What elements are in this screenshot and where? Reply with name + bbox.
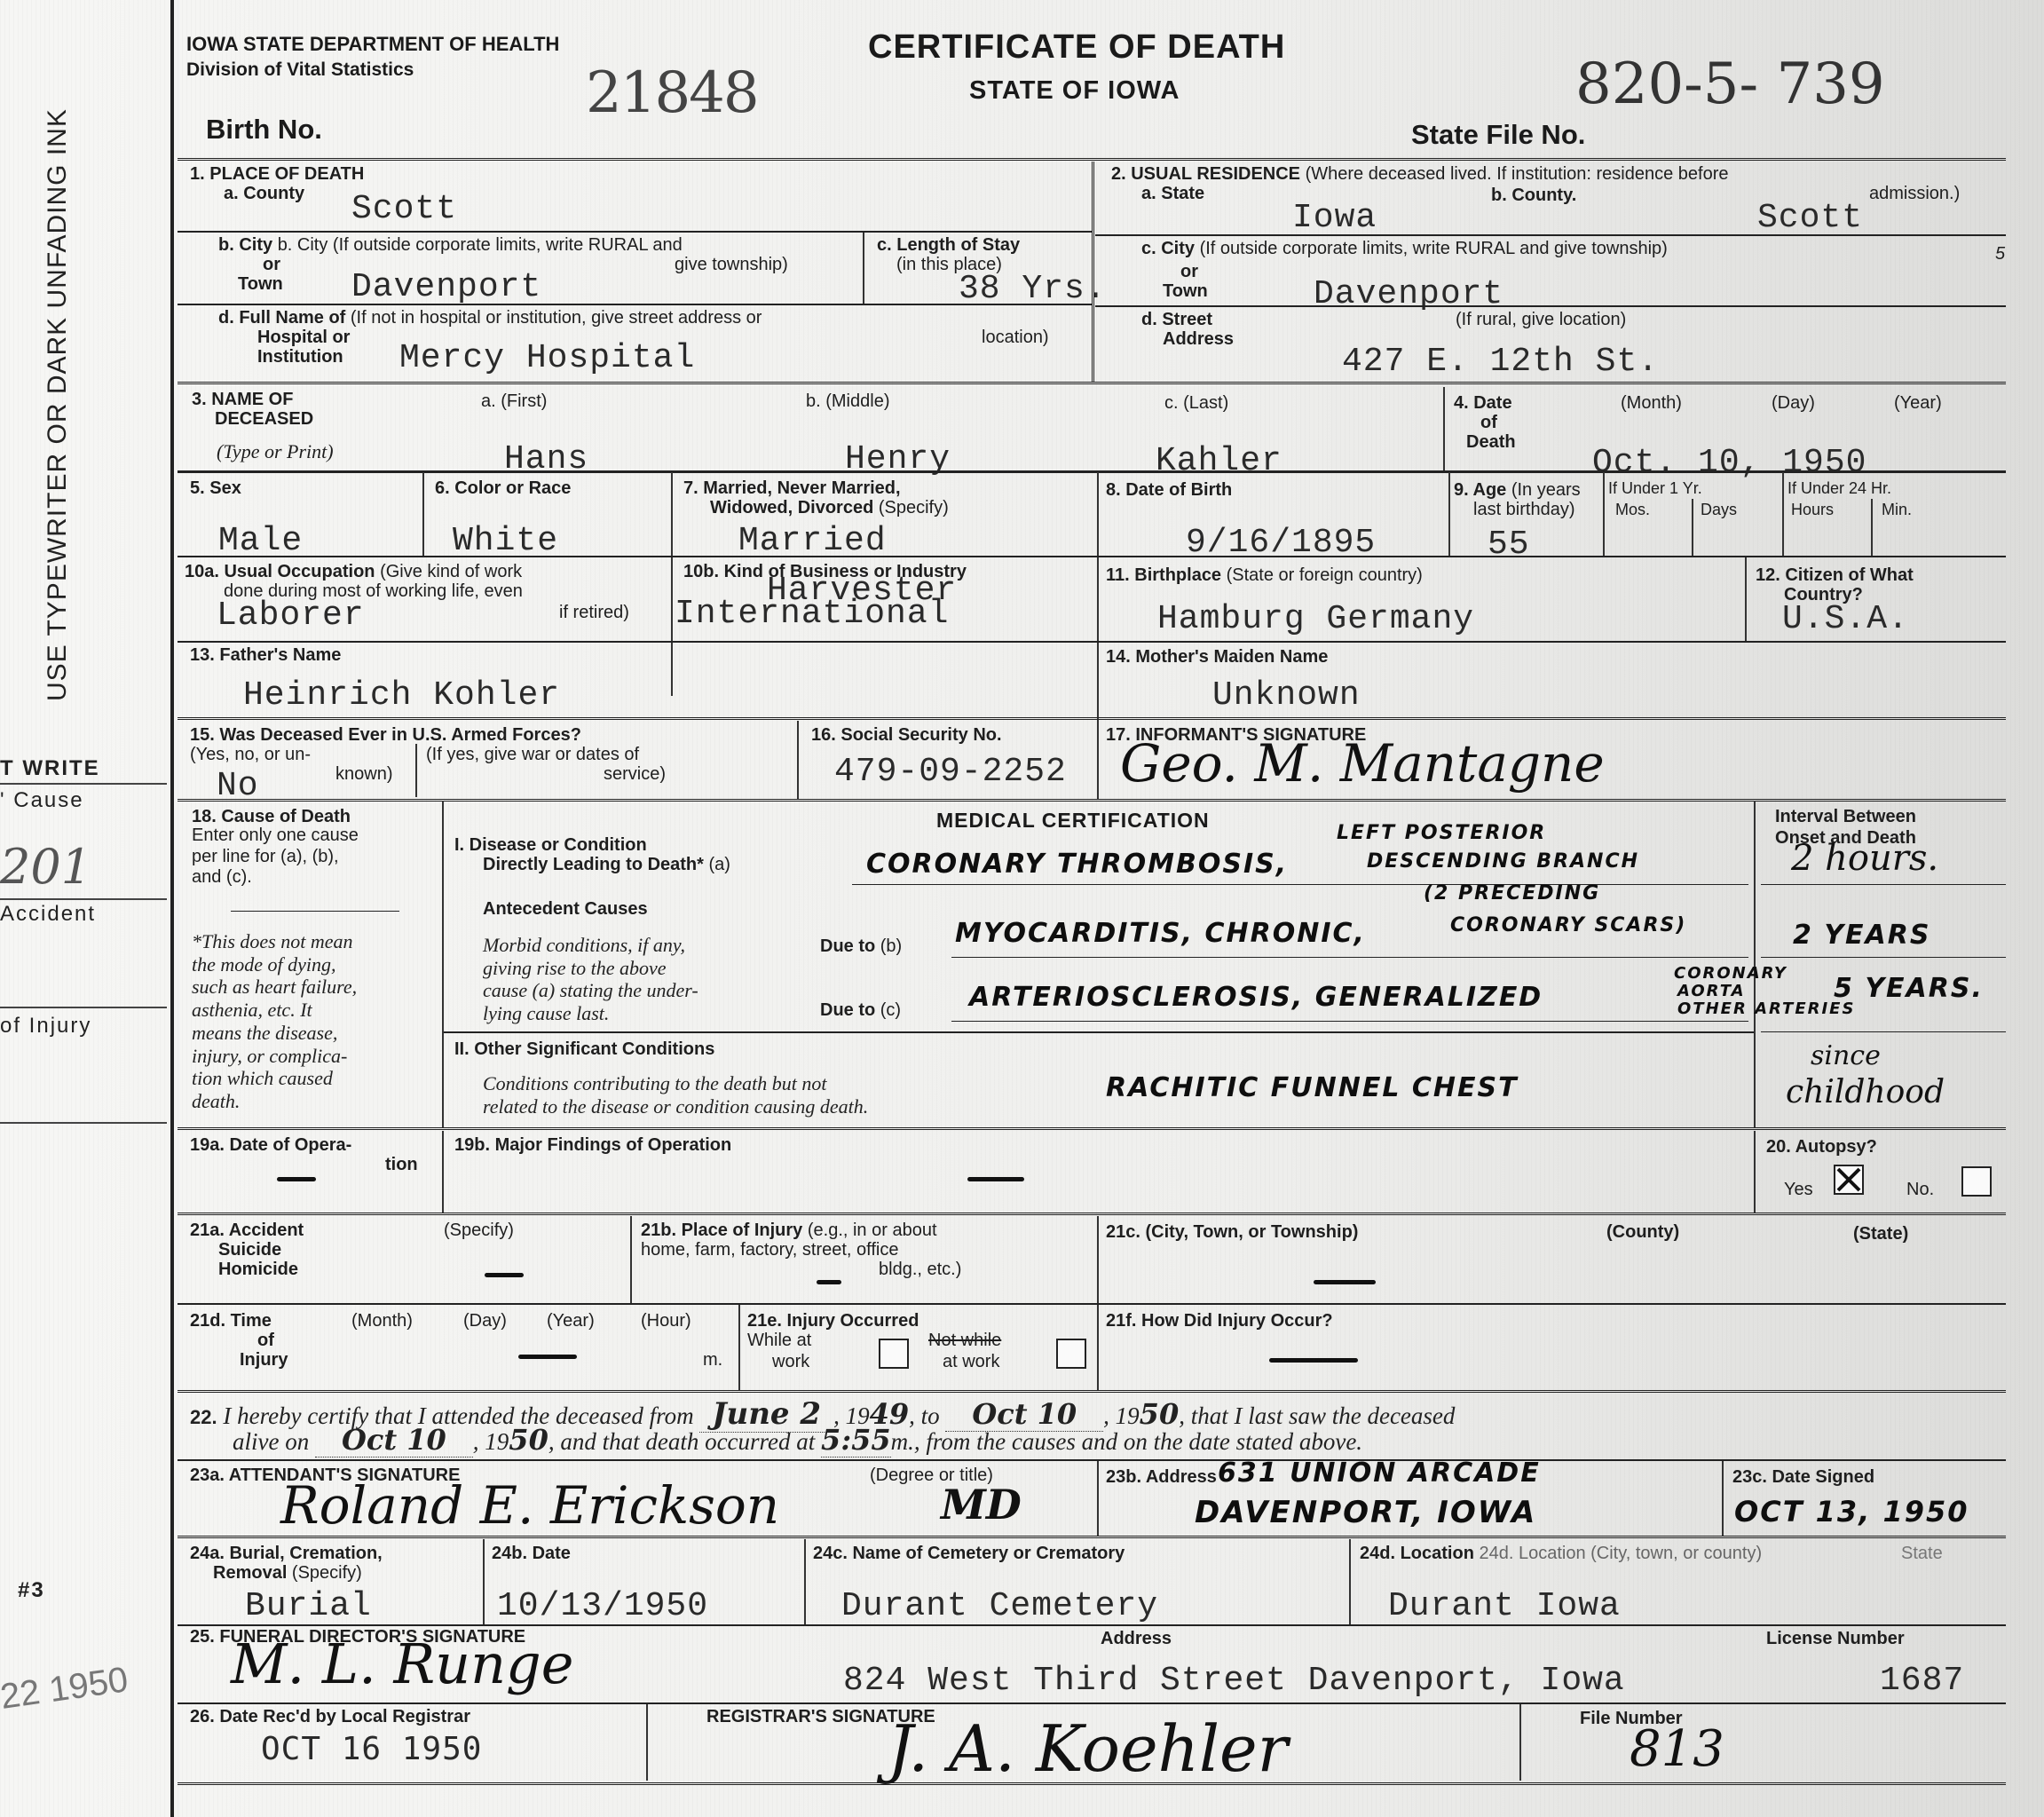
while-at-label: While at: [747, 1330, 811, 1351]
funeral-address: 824 West Third Street Davenport, Iowa: [843, 1662, 1625, 1700]
morbid-text: Morbid conditions, if any, giving rise t…: [483, 934, 698, 1025]
birthplace-label: 11. Birthplace (State or foreign country…: [1106, 565, 1423, 586]
other-interval-1: since: [1811, 1040, 1881, 1071]
institution-label: d. Full Name of (If not in hospital or i…: [218, 307, 762, 328]
burial-location-label: 24d. Location 24d. Location (City, town,…: [1360, 1543, 1762, 1564]
disposition: Burial: [245, 1587, 372, 1625]
sex: Male: [218, 522, 303, 560]
rule: [178, 799, 2006, 805]
other-conditions-text: Conditions contributing to the death but…: [483, 1072, 868, 1118]
divider: [1871, 499, 1873, 556]
injury-state-label: (State): [1853, 1223, 1908, 1244]
rule: [444, 1031, 1754, 1033]
industry-line-2: International: [675, 595, 949, 633]
place-injury-label: 21b. Place of Injury (e.g., in or about: [641, 1220, 937, 1241]
rule: [178, 304, 1092, 305]
marital-label-2: Widowed, Divorced (Specify): [710, 497, 949, 518]
divider: [1603, 472, 1605, 556]
burial-date: 10/13/1950: [497, 1587, 708, 1625]
age-label: 9. Age (In years: [1454, 479, 1581, 501]
death-county: Scott: [351, 190, 457, 228]
divider: [738, 1305, 740, 1390]
antecedent-label: Antecedent Causes: [483, 898, 648, 920]
burial-date-label: 24b. Date: [492, 1543, 571, 1564]
rule: [178, 1213, 2006, 1219]
cause-c-note-1: CORONARY: [1674, 964, 1788, 983]
date-of-death: Oct. 10, 1950: [1592, 444, 1866, 482]
days-label: Days: [1701, 501, 1737, 520]
margin-label-cause: ' Cause: [0, 788, 84, 813]
res-state-label: a. State: [1141, 183, 1204, 204]
cemetery-name: Durant Cemetery: [841, 1587, 1158, 1625]
registrar-date-label: 26. Date Rec'd by Local Registrar: [190, 1706, 470, 1727]
not-while-at-work-checkbox[interactable]: [1056, 1339, 1086, 1369]
injury-time-label-3: Injury: [240, 1349, 288, 1371]
rule: [231, 911, 399, 912]
other-conditions-label: II. Other Significant Conditions: [454, 1039, 714, 1060]
not-while-work-label: at work: [943, 1351, 999, 1372]
cause-c-note-3: OTHER ARTERIES: [1677, 999, 1855, 1018]
citizenship: U.S.A.: [1782, 600, 1909, 638]
burial-state-label: State: [1901, 1543, 1943, 1564]
date-signed: OCT 13, 1950: [1734, 1495, 1969, 1529]
day-label: (Day): [1772, 392, 1815, 414]
homicide-label: Homicide: [218, 1259, 298, 1280]
race-label: 6. Color or Race: [435, 478, 571, 499]
war-label-2: service): [604, 763, 666, 785]
autopsy-yes-label: Yes: [1784, 1179, 1813, 1200]
disposition-label-2: Removal (Specify): [213, 1562, 362, 1584]
race: White: [453, 522, 558, 560]
rule: [1095, 234, 2006, 236]
rule: [1761, 884, 2006, 885]
injury-hour-label: (Hour): [641, 1310, 691, 1331]
margin-handwritten-code: 201: [0, 839, 91, 895]
occupation: Laborer: [217, 596, 365, 635]
file-number: 813: [1630, 1720, 1724, 1778]
rule: [178, 1782, 2006, 1789]
county-label: a. County: [224, 183, 304, 204]
rule: [178, 1459, 2006, 1461]
injury-year-label: (Year): [547, 1310, 595, 1331]
license-label: License Number: [1766, 1628, 1905, 1649]
rule: [178, 1127, 2006, 1134]
rule: [951, 957, 1748, 958]
cause-label: 18. Cause of Death: [192, 806, 351, 827]
margin-stamp: 22 1950: [0, 1660, 130, 1718]
document-title: CERTIFICATE OF DEATH: [868, 28, 1285, 67]
funeral-director-signature: M. L. Runge: [231, 1631, 573, 1696]
type-hint: (Type or Print): [217, 440, 334, 464]
min-label: Min.: [1882, 501, 1912, 520]
injury-time-label: 21d. Time: [190, 1310, 272, 1331]
birthplace: Hamburg Germany: [1157, 600, 1474, 638]
divider: [1722, 1461, 1724, 1536]
cause-a-note-2: DESCENDING BRANCH: [1367, 850, 1639, 873]
divider: [863, 233, 864, 304]
res-city-label: c. City (If outside corporate limits, wr…: [1141, 238, 1668, 259]
age-label-2: last birthday): [1473, 499, 1575, 520]
cause-a-note-1: LEFT POSTERIOR: [1337, 822, 1546, 844]
certificate-form: 1. PLACE OF DEATH a. County Scott b. Cit…: [178, 158, 2006, 1774]
due-b-label: Due to (b): [820, 936, 902, 957]
last-name: Kahler: [1156, 442, 1282, 480]
autopsy-no-label: No.: [1906, 1179, 1934, 1200]
disposition-label: 24a. Burial, Cremation,: [190, 1543, 383, 1564]
rule: [178, 1702, 2006, 1704]
divider: [442, 1131, 444, 1213]
document-subtitle: STATE OF IOWA: [969, 76, 1180, 106]
residence-label: 2. USUAL RESIDENCE (Where deceased lived…: [1111, 163, 1729, 185]
under-24hr-label: If Under 24 Hr.: [1788, 479, 1891, 499]
occupation-label-3: if retired): [559, 602, 629, 623]
cause-a: CORONARY THROMBOSIS,: [866, 849, 1288, 880]
res-street-label-2: Address: [1163, 328, 1234, 350]
last-seen-alive: Oct 10: [315, 1423, 473, 1458]
autopsy-no-checkbox[interactable]: [1961, 1166, 1992, 1197]
attendant-address-2: DAVENPORT, IOWA: [1195, 1495, 1536, 1530]
divider: [671, 472, 673, 696]
divider: [442, 801, 444, 1127]
divider: [1097, 1461, 1099, 1536]
divider: [422, 472, 424, 556]
name-label: 3. NAME OF: [192, 389, 293, 410]
res-margin-mark: 5: [1995, 243, 2005, 265]
attendant-address-1: 631 UNION ARCADE: [1218, 1458, 1541, 1489]
cause-footnote: *This does not mean the mode of dying, s…: [192, 930, 357, 1113]
age: 55: [1488, 525, 1530, 564]
death-date-label: 4. Date: [1454, 392, 1512, 414]
death-date-label-3: Death: [1466, 431, 1516, 453]
not-while-label: Not while: [928, 1330, 1001, 1351]
father-label: 13. Father's Name: [190, 644, 341, 666]
state-file-no-label: State File No.: [1411, 119, 1585, 151]
sex-label: 5. Sex: [190, 478, 241, 499]
divider: [1745, 557, 1747, 641]
left-margin: USE TYPEWRITER OR DARK UNFADING INK T WR…: [0, 0, 174, 1817]
cause-a-interval: 2 hours.: [1791, 838, 1938, 879]
war-label: (If yes, give war or dates of: [426, 744, 639, 765]
rule: [1095, 305, 2006, 307]
cause-b-note-1: (2 PRECEDING: [1424, 882, 1600, 905]
injury-occurred-label: 21e. Injury Occurred: [747, 1310, 919, 1331]
name-label-2: DECEASED: [215, 408, 313, 430]
divider: [804, 1539, 806, 1624]
divider: [1443, 387, 1445, 470]
birth-no-label: Birth No.: [206, 114, 322, 146]
margin-divider: [0, 898, 167, 900]
first-name-label: a. (First): [481, 391, 547, 412]
margin-label-accident: Accident: [0, 902, 96, 927]
operation-date-blank: [277, 1177, 316, 1181]
place-injury-blank: [817, 1280, 841, 1284]
rule: [1761, 957, 2006, 958]
cause-b: MYOCARDITIS, CHRONIC,: [955, 918, 1366, 949]
divider: [415, 744, 417, 797]
divider: [1448, 472, 1450, 556]
rule: [178, 641, 2006, 643]
rule: [178, 717, 2006, 723]
due-c-label: Due to (c): [820, 999, 901, 1021]
res-city: Davenport: [1314, 275, 1503, 313]
divider: [1097, 721, 1099, 799]
margin-label-injury: of Injury: [0, 1014, 91, 1039]
state-file-no-value: 820-5- 739: [1575, 51, 1885, 117]
registrar-signature: J. A. Koehler: [888, 1711, 1288, 1786]
res-street-label: d. Street: [1141, 309, 1212, 330]
rule: [178, 470, 2006, 473]
injury-county-label: (County): [1606, 1221, 1679, 1243]
birth-no-value: 21848: [586, 60, 758, 126]
res-state: Iowa: [1292, 199, 1377, 237]
yn-label: (Yes, no, or un-: [190, 744, 311, 765]
margin-divider: [0, 783, 167, 785]
res-or-label: or: [1180, 261, 1198, 282]
divider: [1349, 1539, 1351, 1624]
cause-c-interval: 5 YEARS.: [1834, 973, 1984, 1004]
medical-certification-title: MEDICAL CERTIFICATION: [936, 809, 1210, 833]
divider: [1754, 1131, 1756, 1213]
rule: [178, 1536, 2006, 1542]
divider: [646, 1704, 648, 1781]
cause-c: ARTERIOSCLEROSIS, GENERALIZED: [969, 982, 1543, 1013]
findings-blank: [967, 1177, 1024, 1181]
birth-date-label: 8. Date of Birth: [1106, 479, 1232, 501]
injury-day-label: (Day): [463, 1310, 507, 1331]
accident-blank: [485, 1273, 524, 1277]
margin-divider: [0, 1122, 167, 1124]
marital-status: Married: [738, 522, 887, 560]
registrar-date: OCT 16 1950: [261, 1731, 482, 1767]
autopsy-yes-checkbox[interactable]: [1834, 1165, 1864, 1195]
divider: [483, 1539, 485, 1624]
citizen-label: 12. Citizen of What: [1756, 565, 1914, 586]
injury-city-label: 21c. (City, Town, or Township): [1106, 1221, 1358, 1243]
burial-location: Durant Iowa: [1388, 1587, 1621, 1625]
disease-label-2: Directly Leading to Death* (a): [483, 854, 730, 875]
rule: [178, 231, 1092, 233]
findings-label: 19b. Major Findings of Operation: [454, 1134, 731, 1156]
armed-forces-label: 15. Was Deceased Ever in U.S. Armed Forc…: [190, 724, 581, 746]
while-at-work-checkbox[interactable]: [879, 1339, 909, 1369]
divider: [630, 1216, 632, 1303]
time-of-death: 5:55: [821, 1423, 891, 1458]
divider: [1692, 499, 1693, 556]
divider: [1519, 1704, 1521, 1781]
ssn: 479-09-2252: [834, 753, 1067, 791]
date-signed-label: 23c. Date Signed: [1732, 1466, 1874, 1488]
cemetery-label: 24c. Name of Cemetery or Crematory: [813, 1543, 1125, 1564]
how-injury-label: 21f. How Did Injury Occur?: [1106, 1310, 1333, 1331]
injury-month-label: (Month): [351, 1310, 413, 1331]
mos-label: Mos.: [1615, 501, 1650, 520]
rule: [852, 884, 1748, 885]
operation-date-label-2: tion: [385, 1154, 418, 1175]
accident-specify-label: (Specify): [444, 1220, 514, 1241]
or-label: or: [263, 254, 280, 275]
death-city: Davenport: [351, 268, 541, 306]
res-town-label: Town: [1163, 280, 1208, 302]
margin-label-number: #3: [18, 1578, 45, 1603]
rule: [178, 382, 2006, 388]
death-date-label-2: of: [1480, 412, 1497, 433]
mother-name: Unknown: [1212, 676, 1361, 715]
town-label: Town: [238, 273, 283, 295]
rule: [951, 1021, 1748, 1022]
attendant-degree: MD: [941, 1481, 1022, 1529]
rule: [178, 1390, 2006, 1396]
operation-date-label: 19a. Date of Opera-: [190, 1134, 351, 1156]
certify-line-2: alive on Oct 10, 1950, and that death oc…: [233, 1424, 1362, 1457]
ssn-label: 16. Social Security No.: [811, 724, 1002, 746]
mother-label: 14. Mother's Maiden Name: [1106, 646, 1328, 668]
attendant-signature: Roland E. Erickson: [280, 1475, 779, 1536]
middle-name-label: b. (Middle): [806, 391, 889, 412]
autopsy-label: 20. Autopsy?: [1766, 1136, 1877, 1157]
informant-signature: Geo. M. Mantagne: [1120, 733, 1605, 794]
disease-label: I. Disease or Condition: [454, 834, 647, 856]
accident-label: 21a. Accident: [190, 1220, 304, 1241]
margin-divider: [0, 1007, 167, 1008]
occupation-label: 10a. Usual Occupation (Give kind of work: [185, 561, 522, 582]
divider: [1097, 643, 1099, 721]
institution-label-3: Institution: [257, 346, 343, 367]
division-name: Division of Vital Statistics: [186, 58, 559, 82]
license-number: 1687: [1880, 1662, 1964, 1700]
divider: [1782, 472, 1784, 556]
other-conditions: RACHITIC FUNNEL CHEST: [1106, 1072, 1519, 1103]
last-seen-year: 50: [509, 1423, 548, 1457]
funeral-address-label: Address: [1101, 1628, 1172, 1649]
place-injury-label-2: home, farm, factory, street, office: [641, 1239, 898, 1260]
how-injury-blank: [1269, 1358, 1358, 1363]
margin-label-write: T WRITE: [0, 756, 100, 781]
rule: [1761, 1031, 2006, 1032]
other-interval-2: childhood: [1786, 1074, 1945, 1110]
attendant-address-label: 23b. Address: [1106, 1466, 1217, 1488]
institution-label-2: location): [982, 327, 1049, 348]
death-certificate: USE TYPEWRITER OR DARK UNFADING INK T WR…: [0, 0, 2044, 1817]
year-label: (Year): [1894, 392, 1942, 414]
res-street: 427 E. 12th St.: [1342, 343, 1659, 381]
injury-m-label: m.: [703, 1349, 722, 1371]
hospital-label: Hospital or: [257, 327, 350, 348]
length-of-stay: 38 Yrs.: [959, 270, 1107, 308]
divider: [797, 721, 799, 799]
marital-label: 7. Married, Never Married,: [683, 478, 901, 499]
issuer: IOWA STATE DEPARTMENT OF HEALTH Division…: [186, 32, 559, 82]
while-work-label: work: [772, 1351, 809, 1372]
under-1yr-label: If Under 1 Yr.: [1608, 479, 1702, 499]
father-name: Heinrich Kohler: [243, 676, 560, 715]
cause-b-interval: 2 YEARS: [1793, 920, 1930, 951]
stay-label: c. Length of Stay: [877, 234, 1020, 256]
department-name: IOWA STATE DEPARTMENT OF HEALTH: [186, 32, 559, 58]
residence-label-tail: admission.): [1869, 183, 1960, 204]
institution-name: Mercy Hospital: [399, 339, 695, 377]
injury-time-blank: [518, 1355, 577, 1359]
ink-instruction: USE TYPEWRITER OR DARK UNFADING INK: [43, 108, 73, 701]
rule: [178, 556, 2006, 557]
hours-label: Hours: [1791, 501, 1834, 520]
city-label: b. City b. City (If outside corporate li…: [218, 234, 683, 256]
injury-time-label-2: of: [257, 1330, 274, 1351]
city-label-2: give township): [675, 254, 788, 275]
injury-city-blank: [1314, 1280, 1376, 1284]
cause-instructions: Enter only one cause per line for (a), (…: [192, 826, 359, 889]
cause-c-note-2: AORTA: [1677, 982, 1746, 1000]
place-of-death-label: 1. PLACE OF DEATH: [190, 163, 364, 185]
place-injury-label-3: bldg., etc.): [879, 1259, 961, 1280]
res-county-label: b. County.: [1491, 185, 1576, 206]
yn-label-2: known): [335, 763, 392, 785]
rule: [178, 1303, 2006, 1305]
cause-b-note-2: CORONARY SCARS): [1450, 914, 1686, 936]
suicide-label: Suicide: [218, 1239, 281, 1260]
last-name-label: c. (Last): [1164, 392, 1228, 414]
res-county: Scott: [1757, 199, 1863, 237]
res-street-hint: (If rural, give location): [1456, 309, 1626, 330]
month-label: (Month): [1621, 392, 1682, 414]
